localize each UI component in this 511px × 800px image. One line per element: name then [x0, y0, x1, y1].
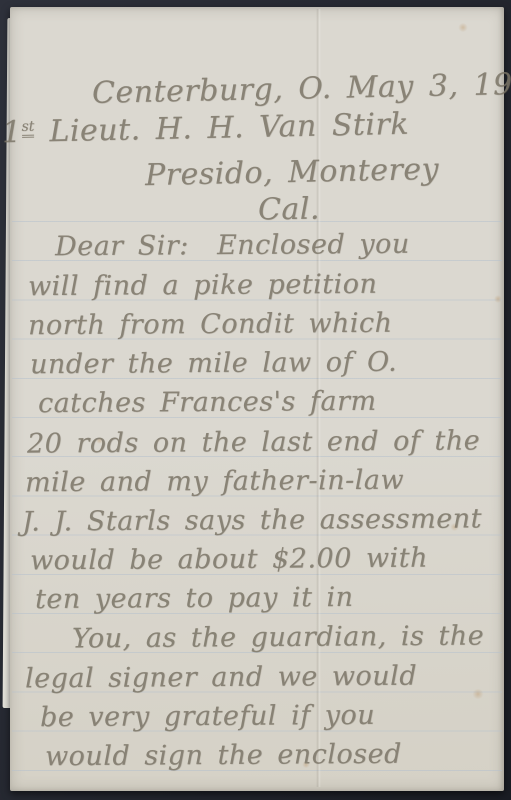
handwriting-line: under the mile law of O.: [30, 347, 397, 381]
handwriting-line: 20 rods on the last end of the: [27, 425, 480, 459]
handwriting-line: would sign the enclosed: [45, 739, 402, 773]
handwriting-line: will find a pike petition: [28, 269, 378, 302]
handwriting-line: north from Condit which: [28, 308, 393, 342]
handwriting-line: J. J. Starls says the assessment: [22, 503, 482, 537]
stain: [472, 689, 484, 699]
handwriting-line: be very grateful if you: [40, 700, 375, 733]
handwriting-line: catches Frances's farm: [38, 386, 377, 419]
handwriting-line: You, as the guardian, is the: [72, 621, 484, 655]
location-line: Presido, Monterey: [145, 153, 440, 194]
handwriting-line: ten years to pay it in: [35, 582, 354, 615]
recipient-name: Lieut. H. H. Van Stirk: [34, 107, 409, 150]
recipient-ordinal: st: [21, 119, 34, 138]
state-line: Cal.: [258, 193, 320, 228]
recipient-number: 1: [2, 115, 22, 150]
stain: [494, 295, 502, 303]
handwriting-line: Dear Sir: Enclosed you: [55, 229, 410, 263]
letter-photo: Centerburg, O. May 3, 1915- 1st Lieut. H…: [0, 0, 511, 800]
handwriting-line: legal signer and we would: [25, 661, 417, 695]
handwriting-line: would be about $2.00 with: [30, 543, 428, 577]
stain: [458, 23, 468, 32]
handwriting-line: mile and my father-in-law: [25, 465, 404, 499]
